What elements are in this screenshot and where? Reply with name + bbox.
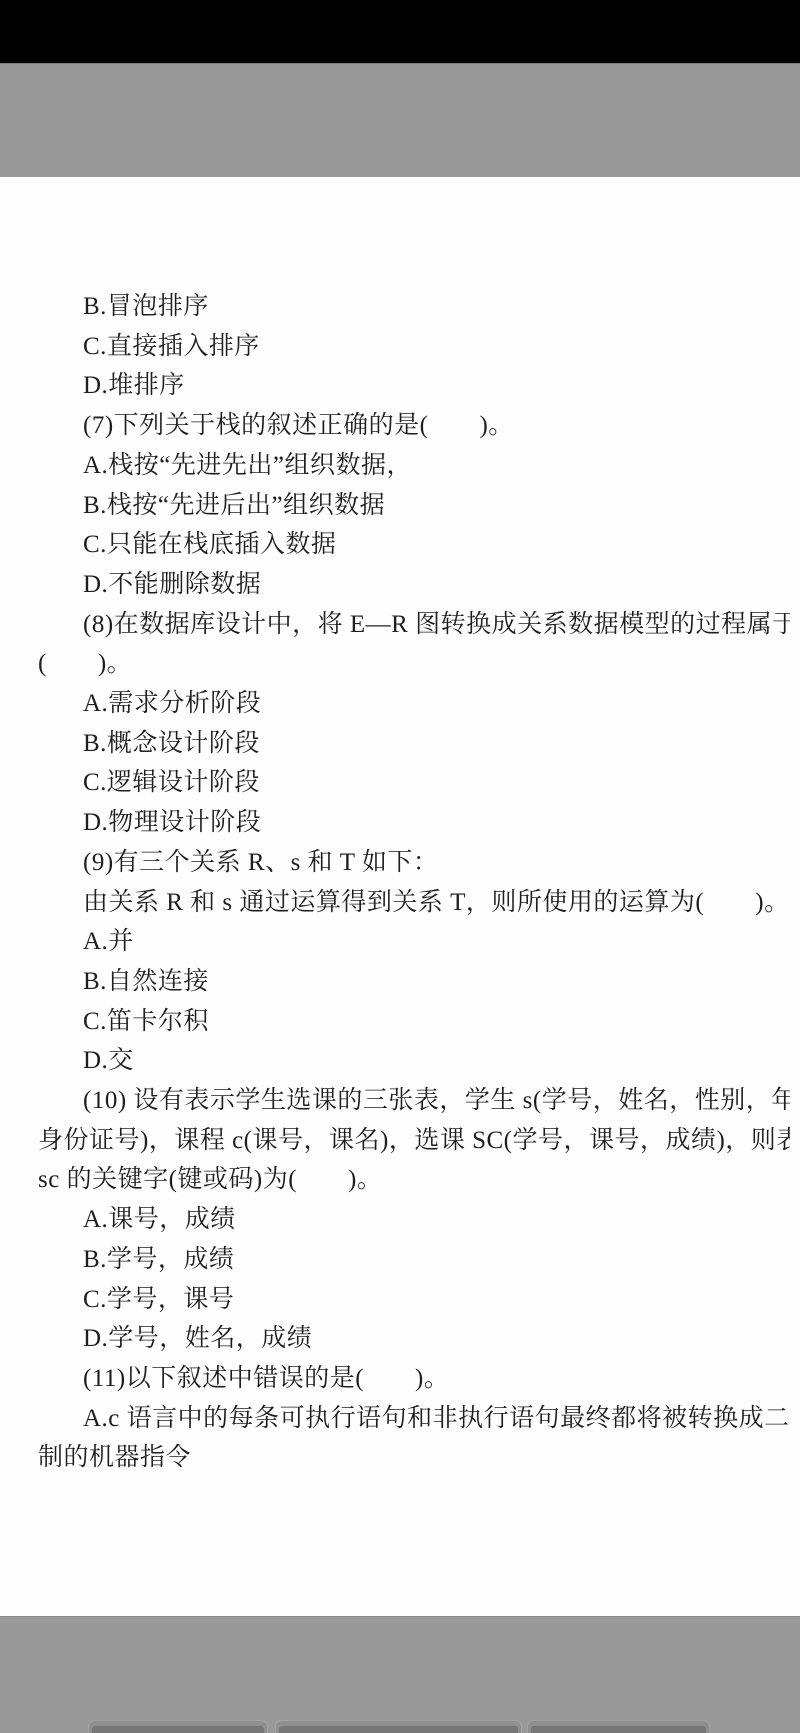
text-line: B.冒泡排序 xyxy=(38,287,790,327)
text-line: C.笛卡尔积 xyxy=(38,1002,790,1042)
bottom-toolbar-button-1[interactable] xyxy=(88,1720,268,1733)
bottom-toolbar-button-2[interactable] xyxy=(275,1720,522,1733)
text-line: (10) 设有表示学生选课的三张表，学生 s(学号，姓名，性别，年龄， xyxy=(38,1081,790,1121)
text-line: (11)以下叙述中错误的是( )。 xyxy=(38,1359,790,1399)
text-line: 由关系 R 和 s 通过运算得到关系 T，则所使用的运算为( )。 xyxy=(38,883,790,923)
text-line: D.物理设计阶段 xyxy=(38,803,790,843)
text-line: A.课号，成绩 xyxy=(38,1200,790,1240)
text-line: D.堆排序 xyxy=(38,366,790,406)
document-text: B.冒泡排序C.直接插入排序D.堆排序(7)下列关于栈的叙述正确的是( )。A.… xyxy=(38,287,790,1478)
text-line: ( )。 xyxy=(38,644,790,684)
text-line: C.逻辑设计阶段 xyxy=(38,763,790,803)
document-page: B.冒泡排序C.直接插入排序D.堆排序(7)下列关于栈的叙述正确的是( )。A.… xyxy=(0,177,800,1616)
text-line: 身份证号)，课程 c(课号，课名)，选课 SC(学号，课号，成绩)，则表 xyxy=(38,1121,790,1161)
text-line: C.只能在栈底插入数据 xyxy=(38,525,790,565)
bottom-toolbar-button-1-fill xyxy=(92,1726,264,1733)
text-line: (7)下列关于栈的叙述正确的是( )。 xyxy=(38,406,790,446)
text-line: C.学号，课号 xyxy=(38,1280,790,1320)
reader-bottom-chrome xyxy=(0,1616,800,1733)
bottom-toolbar-button-3-fill xyxy=(531,1726,706,1733)
reader-top-chrome xyxy=(0,63,800,177)
text-line: A.需求分析阶段 xyxy=(38,684,790,724)
text-line: C.直接插入排序 xyxy=(38,327,790,367)
text-line: B.自然连接 xyxy=(38,962,790,1002)
text-line: A.c 语言中的每条可执行语句和非执行语句最终都将被转换成二进 xyxy=(38,1399,790,1439)
text-line: D.不能删除数据 xyxy=(38,565,790,605)
text-line: D.交 xyxy=(38,1041,790,1081)
text-line: B.概念设计阶段 xyxy=(38,724,790,764)
text-line: B.栈按“先进后出”组织数据 xyxy=(38,486,790,526)
bottom-toolbar-button-2-fill xyxy=(279,1726,518,1733)
text-line: sc 的关键字(键或码)为( )。 xyxy=(38,1160,790,1200)
text-line: (9)有三个关系 R、s 和 T 如下： xyxy=(38,843,790,883)
text-line: (8)在数据库设计中，将 E—R 图转换成关系数据模型的过程属于 xyxy=(38,605,790,645)
text-line: 制的机器指令 xyxy=(38,1438,790,1478)
status-bar xyxy=(0,0,800,63)
bottom-toolbar-button-3[interactable] xyxy=(527,1720,710,1733)
text-line: A.并 xyxy=(38,922,790,962)
text-line: B.学号，成绩 xyxy=(38,1240,790,1280)
text-line: A.栈按“先进先出”组织数据， xyxy=(38,446,790,486)
text-line: D.学号，姓名，成绩 xyxy=(38,1319,790,1359)
